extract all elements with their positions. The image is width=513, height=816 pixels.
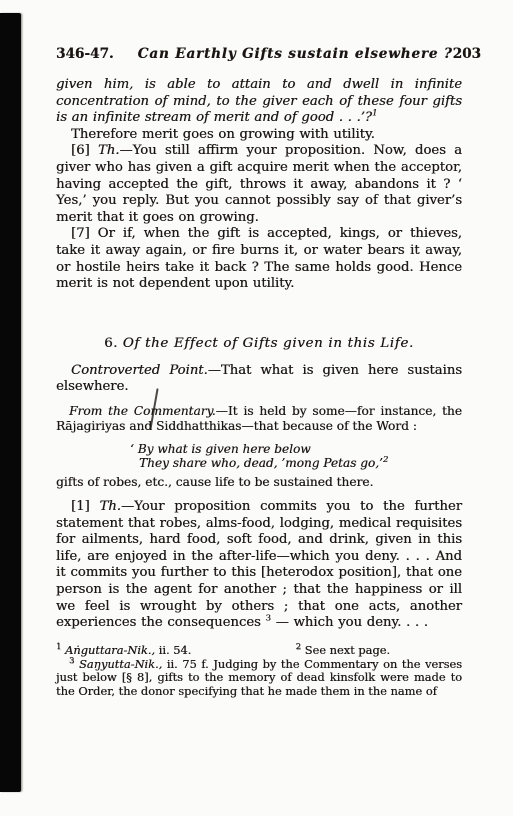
page-content: 346-47. Can Earthly Gifts sustain elsewh…	[56, 46, 462, 699]
section-range: 346-47.	[56, 46, 114, 63]
paragraph-1: [1] Th.—Your proposition commits you to …	[56, 499, 462, 632]
running-title: Can Earthly Gifts sustain elsewhere ?	[138, 46, 453, 63]
footnote-3-source: Saŋyutta-Nik.,	[79, 657, 162, 671]
verse-line-1: ‘ By what is given here below	[130, 443, 462, 457]
footnote-ref-1: 1	[372, 109, 377, 119]
paragraph-1-text: —Your proposition commits you to the fur…	[56, 499, 462, 630]
paragraph-7: [7] Or if, when the gift is accepted, ki…	[56, 226, 462, 292]
commentary-lead: From the Commentary.	[69, 404, 216, 418]
controverted-point: Controverted Point.—That what is given h…	[56, 363, 462, 396]
footnote-1-marker: 1	[56, 642, 61, 652]
paragraph-1-text-after: — which you deny. . . .	[271, 615, 428, 630]
footnote-2-marker: 2	[296, 642, 301, 652]
footnote-ref-2: 2	[383, 454, 388, 464]
verse-quote: ‘ By what is given here below They share…	[130, 443, 462, 470]
footnote-2: 2 See next page.	[296, 644, 390, 658]
paragraph-6-number: [6]	[71, 143, 98, 158]
section-title: Of the Effect of Gifts given in this Lif…	[123, 336, 414, 351]
footnote-3-marker: 3	[69, 656, 74, 666]
footnotes: 1 Aṅguttara-Nik., ii. 54. 2 See next pag…	[56, 644, 462, 699]
page-number: 203	[453, 46, 481, 63]
scan-gutter-bar	[0, 13, 21, 792]
section-heading: 6. Of the Effect of Gifts given in this …	[56, 335, 462, 352]
quotation-text: given him, is able to attain to and dwel…	[56, 77, 462, 125]
verse-after-text: gifts of robes, etc., cause life to be s…	[56, 475, 462, 490]
verse-line-2: They share who, dead, ’mong Petas go,’2	[139, 457, 462, 471]
commentary-paragraph: From the Commentary.—It is held by some—…	[56, 404, 462, 434]
footnote-1-rest: ii. 54.	[155, 643, 191, 657]
section-number: 6.	[104, 336, 123, 351]
paragraph-1-speaker: Th.	[99, 499, 120, 514]
paragraph-1-number: [1]	[71, 499, 99, 514]
paragraph-6: [6] Th.—You still affirm your propositio…	[56, 143, 462, 226]
paragraph-utility: Therefore merit goes on growing with uti…	[56, 127, 462, 144]
footnote-2-text: See next page.	[305, 643, 390, 657]
footnote-1-source: Aṅguttara-Nik.,	[65, 643, 155, 657]
quotation-continuation: given him, is able to attain to and dwel…	[56, 77, 462, 127]
book-page-scan: 346-47. Can Earthly Gifts sustain elsewh…	[0, 0, 513, 816]
paragraph-6-speaker: Th.	[98, 143, 119, 158]
footnote-3: 3 Saŋyutta-Nik., ii. 75 f. Judging by th…	[56, 658, 462, 699]
footnote-row: 1 Aṅguttara-Nik., ii. 54. 2 See next pag…	[56, 644, 462, 658]
verse-line-2-text: They share who, dead, ’mong Petas go,’	[139, 456, 383, 470]
footnote-1: 1 Aṅguttara-Nik., ii. 54.	[56, 644, 191, 658]
running-head: 346-47. Can Earthly Gifts sustain elsewh…	[56, 46, 462, 63]
controverted-point-lead: Controverted Point.	[71, 363, 208, 378]
